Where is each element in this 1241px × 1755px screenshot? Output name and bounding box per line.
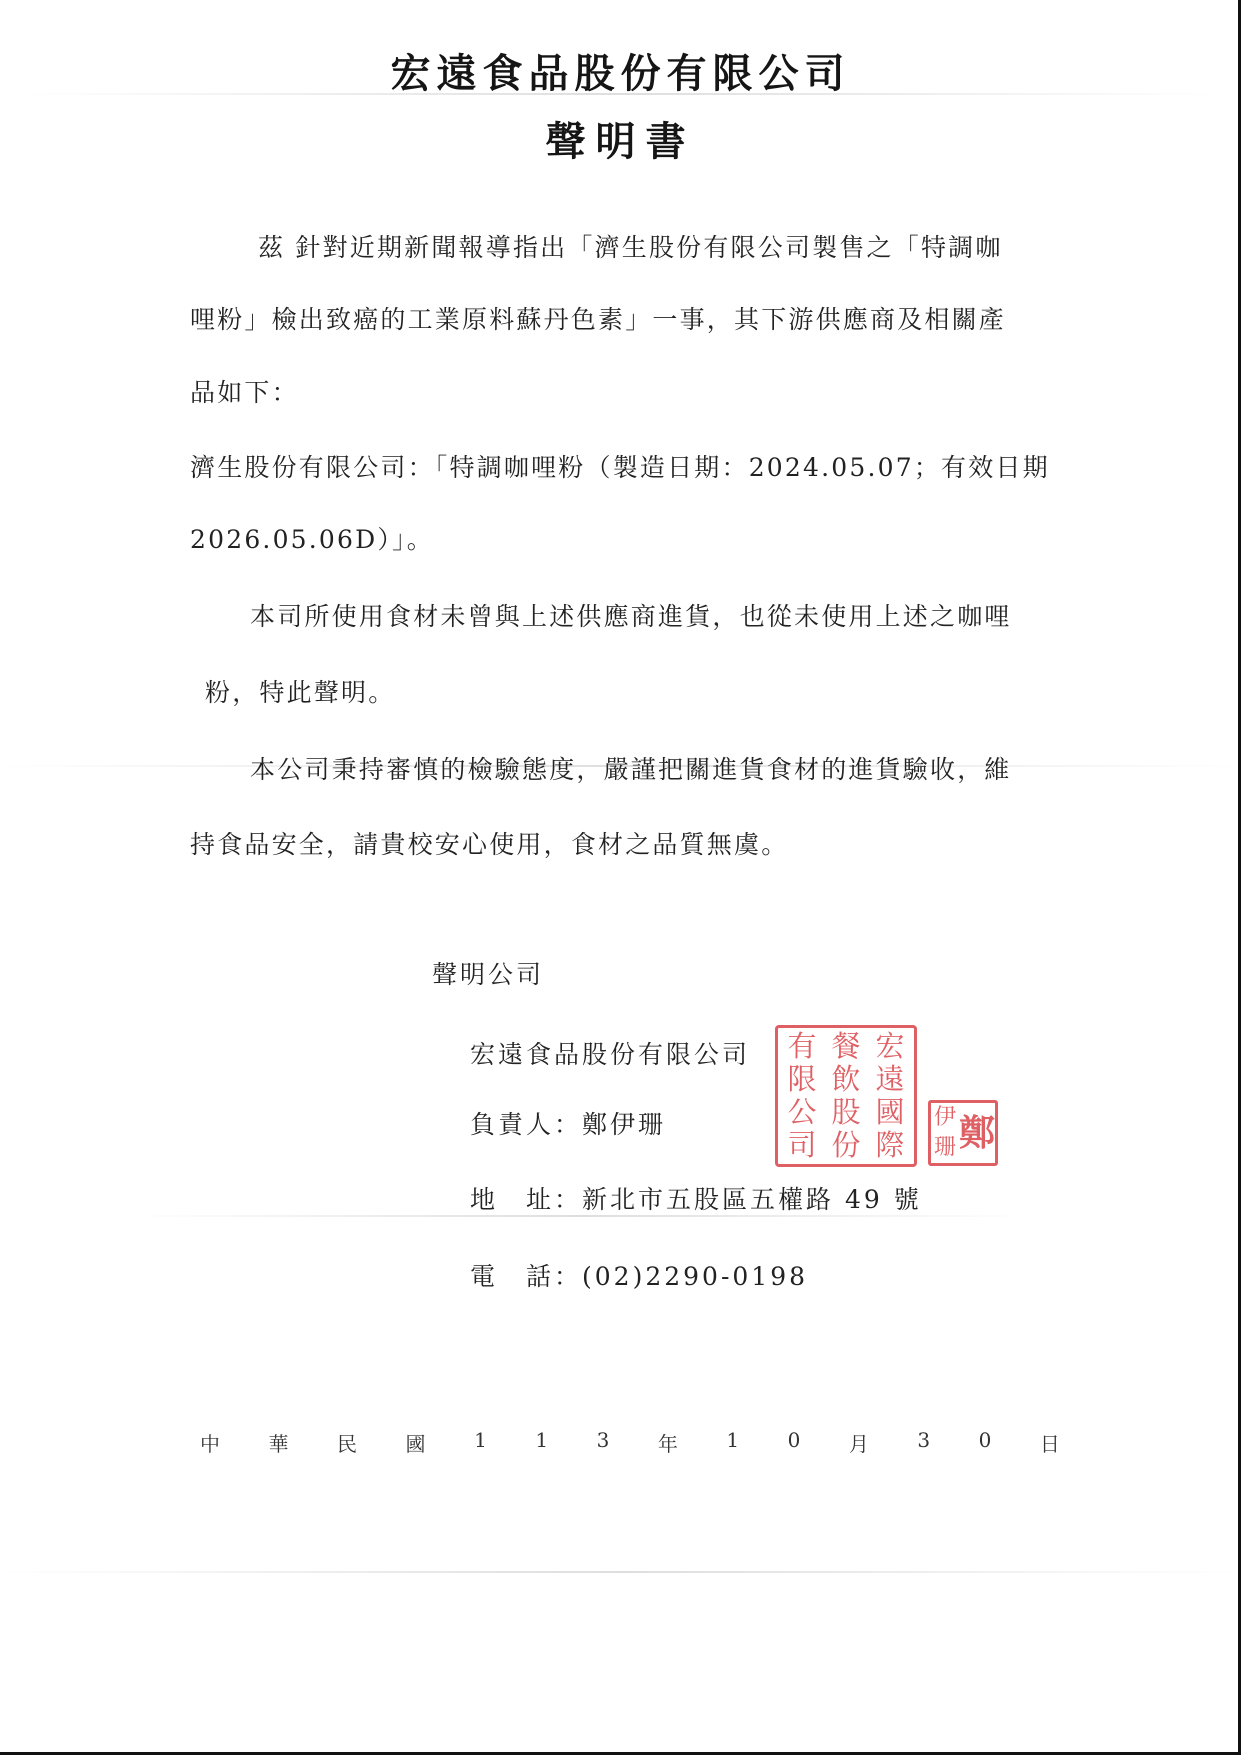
- date-char: 1: [474, 1428, 487, 1457]
- date-char: 日: [1040, 1428, 1060, 1457]
- body-line: 哩粉」檢出致癌的工業原料蘇丹色素」一事，其下游供應商及相關產: [190, 300, 1006, 336]
- date-char: 民: [337, 1428, 357, 1457]
- seal-char: 司: [780, 1129, 824, 1162]
- signature-heading: 聲明公司: [432, 955, 544, 991]
- seal-char: 股: [824, 1096, 868, 1129]
- phone-label: 電 話：: [470, 1262, 582, 1291]
- seal-char: 際: [868, 1129, 912, 1162]
- seal-char: 公: [780, 1096, 824, 1129]
- representative-label: 負責人：: [470, 1110, 582, 1139]
- address-label: 地 址：: [470, 1185, 582, 1214]
- seal-char: 鄭: [959, 1103, 995, 1163]
- signature-representative: 負責人：鄭伊珊: [470, 1105, 666, 1141]
- address-value: 新北市五股區五權路 49 號: [582, 1185, 922, 1214]
- date-char: 中: [200, 1428, 220, 1457]
- scan-artifact-line: [0, 1571, 1241, 1573]
- seal-char: 限: [780, 1063, 824, 1096]
- seal-char: 飲: [824, 1063, 868, 1096]
- seal-char: 遠: [868, 1063, 912, 1096]
- date-char: 1: [535, 1428, 548, 1457]
- seal-char: 有: [780, 1030, 824, 1063]
- date-char: 國: [406, 1428, 426, 1457]
- date-char: 月: [849, 1428, 869, 1457]
- body-line: 2026.05.06D）」。: [190, 520, 434, 556]
- body-line: 持食品安全，請貴校安心使用，食材之品質無虞。: [190, 825, 788, 861]
- document-title: 宏遠食品股份有限公司: [0, 42, 1241, 99]
- body-line: 濟生股份有限公司：「特調咖哩粉（製造日期：2024.05.07；有效日期: [190, 448, 1050, 484]
- body-line: 茲 針對近期新聞報導指出「濟生股份有限公司製售之「特調咖: [258, 228, 1003, 264]
- document-date: 中 華 民 國 1 1 3 年 1 0 月 3 0 日: [200, 1428, 1060, 1457]
- signature-phone: 電 話：(02)2290-0198: [470, 1257, 808, 1293]
- personal-seal-stamp: 伊 珊 鄭: [928, 1100, 998, 1166]
- signature-company: 宏遠食品股份有限公司: [470, 1035, 750, 1071]
- seal-char: 份: [824, 1129, 868, 1162]
- signature-address: 地 址：新北市五股區五權路 49 號: [470, 1180, 922, 1216]
- seal-char: 珊: [931, 1133, 959, 1163]
- seal-char: 國: [868, 1096, 912, 1129]
- date-char: 年: [658, 1428, 678, 1457]
- date-char: 1: [726, 1428, 739, 1457]
- representative-name: 鄭伊珊: [582, 1110, 666, 1139]
- date-char: 3: [917, 1428, 930, 1457]
- body-line: 本司所使用食材未曾與上述供應商進貨，也從未使用上述之咖哩: [250, 597, 1012, 633]
- seal-char: 餐: [824, 1030, 868, 1063]
- company-seal-stamp: 有 限 公 司 餐 飲 股 份 宏 遠 國 際: [775, 1025, 917, 1167]
- body-line: 本公司秉持審慎的檢驗態度，嚴謹把關進貨食材的進貨驗收，維: [250, 750, 1012, 786]
- body-line: 品如下：: [190, 373, 299, 409]
- document-page: 宏遠食品股份有限公司 聲明書 茲 針對近期新聞報導指出「濟生股份有限公司製售之「…: [0, 0, 1241, 1755]
- document-subtitle: 聲明書: [0, 110, 1241, 167]
- body-line: 粉，特此聲明。: [205, 673, 395, 709]
- date-char: 3: [597, 1428, 610, 1457]
- phone-value: (02)2290-0198: [582, 1262, 808, 1291]
- seal-char: 宏: [868, 1030, 912, 1063]
- date-char: 0: [979, 1428, 992, 1457]
- date-char: 0: [788, 1428, 801, 1457]
- seal-char: 伊: [931, 1103, 959, 1133]
- date-char: 華: [269, 1428, 289, 1457]
